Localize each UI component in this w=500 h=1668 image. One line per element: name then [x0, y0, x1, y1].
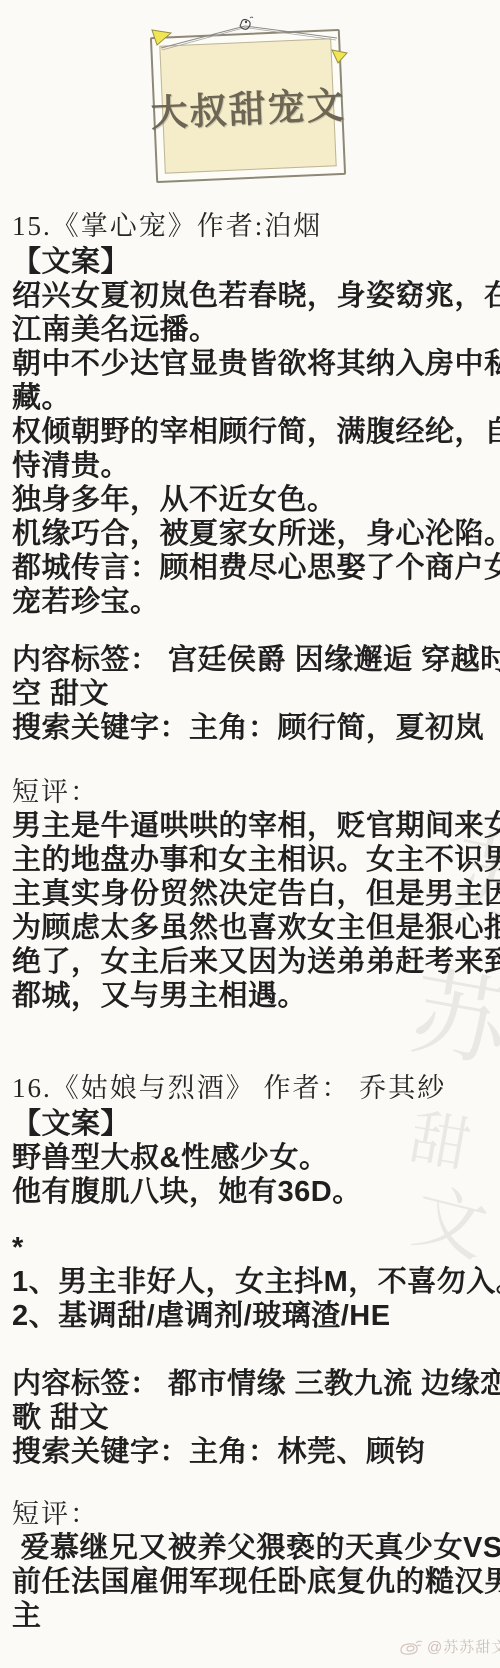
text-line: 藏。 — [12, 381, 500, 415]
book15-review-label: 短评： — [12, 775, 500, 809]
book16-review-label: 短评： — [12, 1497, 500, 1531]
text-line: 绍兴女夏初岚色若春晓，身姿窈宨，在 — [12, 279, 500, 313]
text-line: 都城，又与男主相遇。 — [12, 979, 500, 1013]
spacer — [12, 1013, 500, 1069]
text-line: 江南美名远播。 — [12, 313, 500, 347]
text-line: 主的地盘办事和女主相识。女主不识男 — [12, 843, 500, 877]
text-line: 机缘巧合，被夏家女所迷，身心沦陷。 — [12, 517, 500, 551]
book15-description: 绍兴女夏初岚色若春晓，身姿窈宨，在江南美名远播。朝中不少达官显贵皆欲将其纳入房中… — [12, 279, 500, 619]
book16-notes: 1、男主非好人，女主抖M，不喜勿入。2、基调甜/虐调剂/玻璃渣/HE — [12, 1265, 500, 1333]
watermark-corner: @苏苏甜文 — [398, 1636, 500, 1657]
text-line: 宠若珍宝。 — [12, 585, 500, 619]
text-line: 2、基调甜/虐调剂/玻璃渣/HE — [12, 1299, 500, 1333]
pin-and-strings-icon — [140, 12, 355, 74]
text-line: 爱慕继兄又被养父猥亵的天真少女VS — [12, 1531, 500, 1565]
spacer — [12, 745, 500, 775]
text-line: 空 甜文 — [12, 677, 500, 711]
book15-heading: 15.《掌心宠》作者:泊烟 — [12, 207, 500, 245]
content: 15.《掌心宠》作者:泊烟 【文案】 绍兴女夏初岚色若春晓，身姿窈宨，在江南美名… — [12, 207, 500, 1633]
text-line: 他有腹肌八块，她有36D。 — [12, 1175, 500, 1209]
watermark-corner-text: @苏苏甜文 — [427, 1636, 500, 1657]
book15-tags: 内容标签： 宫廷侯爵 因缘邂逅 穿越时空 甜文 — [12, 643, 500, 711]
weibo-logo-icon — [398, 1637, 424, 1657]
text-line: 主 — [12, 1599, 500, 1633]
sign-title: 大叔甜宠文 — [149, 75, 346, 137]
book16-review: 爱慕继兄又被养父猥亵的天真少女VS前任法国雇佣军现任卧底复仇的糙汉男主 — [12, 1531, 500, 1633]
book16-heading: 16.《姑娘与烈酒》 作者： 乔其紗 — [12, 1069, 500, 1107]
text-line: 内容标签： 宫廷侯爵 因缘邂逅 穿越时 — [12, 643, 500, 677]
corner-triangle-right-icon — [332, 50, 347, 63]
text-line: 都城传言：顾相费尽心思娶了个商户女， — [12, 551, 500, 585]
text-line: 为顾虑太多虽然也喜欢女主但是狠心拒 — [12, 911, 500, 945]
book15-keywords: 搜索关键字：主角：顾行简，夏初岚 — [12, 711, 500, 745]
text-line: 男主是牛逼哄哄的宰相，贬官期间来女 — [12, 809, 500, 843]
text-line: 朝中不少达官显贵皆欲将其纳入房中私 — [12, 347, 500, 381]
text-line: 1、男主非好人，女主抖M，不喜勿入。 — [12, 1265, 500, 1299]
book16-section-label: 【文案】 — [12, 1107, 500, 1141]
text-line: 野兽型大叔&性感少女。 — [12, 1141, 500, 1175]
spacer — [12, 1209, 500, 1231]
spacer — [12, 1469, 500, 1497]
spacer — [12, 1333, 500, 1367]
text-line: 歌 甜文 — [12, 1401, 500, 1435]
book15-section-label: 【文案】 — [12, 245, 500, 279]
spacer — [12, 619, 500, 643]
text-line: 主真实身份贸然决定告白，但是男主因 — [12, 877, 500, 911]
text-line: 权倾朝野的宰相顾行简，满腹经纶，自 — [12, 415, 500, 449]
text-line: 绝了，女主后来又因为送弟弟赶考来到 — [12, 945, 500, 979]
text-line: 独身多年，从不近女色。 — [12, 483, 500, 517]
book16-star: * — [12, 1231, 500, 1265]
text-line: 前任法国雇佣军现任卧底复仇的糙汉男 — [12, 1565, 500, 1599]
book15-review: 男主是牛逼哄哄的宰相，贬官期间来女主的地盘办事和女主相识。女主不识男主真实身份贸… — [12, 809, 500, 1013]
book16-tags: 内容标签： 都市情缘 三教九流 边缘恋歌 甜文 — [12, 1367, 500, 1435]
text-line: 恃清贵。 — [12, 449, 500, 483]
text-line: 内容标签： 都市情缘 三教九流 边缘恋 — [12, 1367, 500, 1401]
book16-keywords: 搜索关键字：主角：林莞、顾钧 — [12, 1435, 500, 1469]
book16-description: 野兽型大叔&性感少女。他有腹肌八块，她有36D。 — [12, 1141, 500, 1209]
corner-triangle-left-icon — [152, 30, 171, 45]
